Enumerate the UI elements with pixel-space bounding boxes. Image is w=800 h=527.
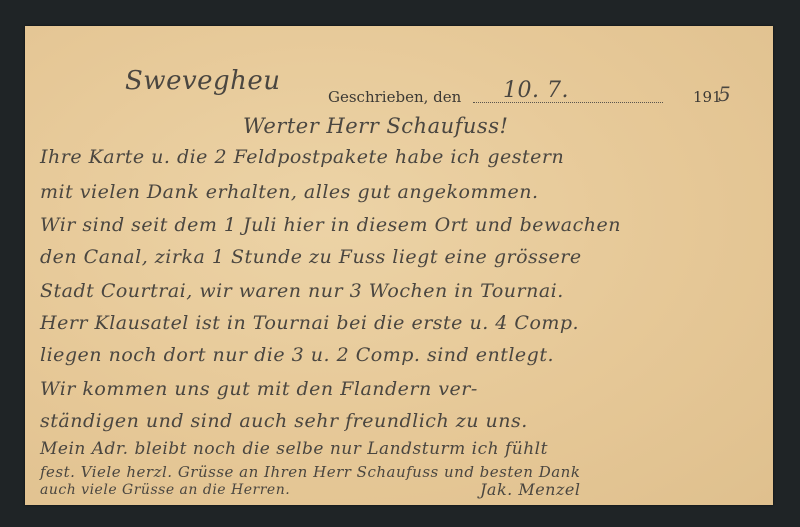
letter-line: den Canal, zirka 1 Stunde zu Fuss liegt …: [40, 246, 582, 268]
date-handwritten: 10. 7.: [503, 78, 569, 103]
year-handwritten: 5: [718, 82, 731, 106]
place-name: Swevegheu: [125, 66, 281, 96]
postcard: Swevegheu Geschrieben, den 10. 7. 191 5 …: [25, 26, 773, 505]
salutation: Werter Herr Schaufuss!: [243, 114, 508, 138]
letter-line: Mein Adr. bleibt noch die selbe nur Land…: [40, 439, 548, 459]
written-on-label: Geschrieben, den: [328, 88, 461, 106]
signature: Jak. Menzel: [480, 480, 581, 499]
letter-line: ständigen und sind auch sehr freundlich …: [40, 410, 528, 432]
letter-line: mit vielen Dank erhalten, alles gut ange…: [40, 181, 539, 203]
letter-line: Wir kommen uns gut mit den Flandern ver-: [40, 378, 478, 400]
letter-line: Herr Klausatel ist in Tournai bei die er…: [40, 312, 579, 334]
letter-line: fest. Viele herzl. Grüsse an Ihren Herr …: [40, 463, 580, 481]
letter-line: Wir sind seit dem 1 Juli hier in diesem …: [40, 214, 621, 236]
letter-line: liegen noch dort nur die 3 u. 2 Comp. si…: [40, 344, 554, 366]
letter-line: Ihre Karte u. die 2 Feldpostpakete habe …: [40, 146, 564, 168]
letter-line: Stadt Courtrai, wir waren nur 3 Wochen i…: [40, 280, 564, 302]
letter-line: auch viele Grüsse an die Herren.: [40, 482, 290, 498]
